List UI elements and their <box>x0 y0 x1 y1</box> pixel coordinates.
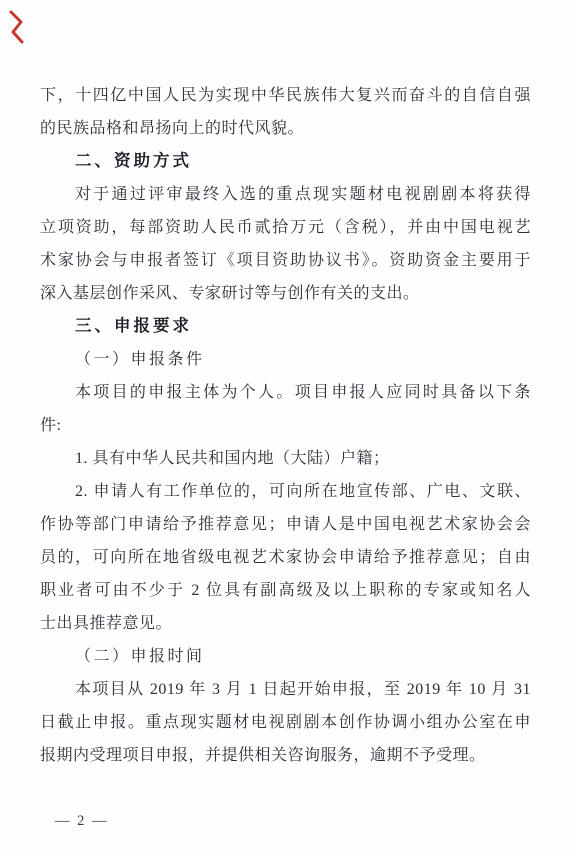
text-line: 对于通过评审最终入选的重点现实题材电视剧剧本将获得 <box>40 178 531 211</box>
text-line: （一）申报条件 <box>40 343 531 376</box>
section-heading: 三、申报要求 <box>40 310 531 343</box>
text-line: 本项目从 2019 年 3 月 1 日起开始申报，至 2019 年 10 月 3… <box>40 673 531 706</box>
section-heading: 二、资助方式 <box>40 145 531 178</box>
text-line: 深入基层创作采风、专家研讨等与创作有关的支出。 <box>40 277 531 310</box>
page-number: — 2 — <box>55 810 109 832</box>
text-line: 报期内受理项目申报，并提供相关咨询服务，逾期不予受理。 <box>40 739 531 772</box>
text-line: 术家协会与申报者签订《项目资助协议书》。资助资金主要用于 <box>40 244 531 277</box>
text-line: 2. 申请人有工作单位的，可向所在地宣传部、广电、文联、 <box>40 475 531 508</box>
text-line: 日截止申报。重点现实题材电视剧剧本创作协调小组办公室在申 <box>40 706 531 739</box>
text-line: 本项目的申报主体为个人。项目申报人应同时具备以下条 <box>40 376 531 409</box>
text-line: 员的，可向所在地省级电视艺术家协会申请给予推荐意见；自由 <box>40 541 531 574</box>
document-lines: 下，十四亿中国人民为实现中华民族伟大复兴而奋斗的自信自强的民族品格和昂扬向上的时… <box>40 79 531 772</box>
text-line: 作协等部门申请给予推荐意见；申请人是中国电视艺术家协会会 <box>40 508 531 541</box>
text-line: 下，十四亿中国人民为实现中华民族伟大复兴而奋斗的自信自强 <box>40 79 531 112</box>
text-line: 1. 具有中华人民共和国内地（大陆）户籍； <box>40 442 531 475</box>
text-line: 士出具推荐意见。 <box>40 607 531 640</box>
document-page: 下，十四亿中国人民为实现中华民族伟大复兴而奋斗的自信自强的民族品格和昂扬向上的时… <box>0 0 571 853</box>
text-line: 职业者可由不少于 2 位具有副高级及以上职称的专家或知名人 <box>40 574 531 607</box>
red-corner-mark-icon <box>7 8 29 46</box>
text-line: （二）申报时间 <box>40 640 531 673</box>
text-line: 件: <box>40 409 531 442</box>
text-line: 立项资助，每部资助人民币贰拾万元（含税），并由中国电视艺 <box>40 211 531 244</box>
text-line: 的民族品格和昂扬向上的时代风貌。 <box>40 112 531 145</box>
